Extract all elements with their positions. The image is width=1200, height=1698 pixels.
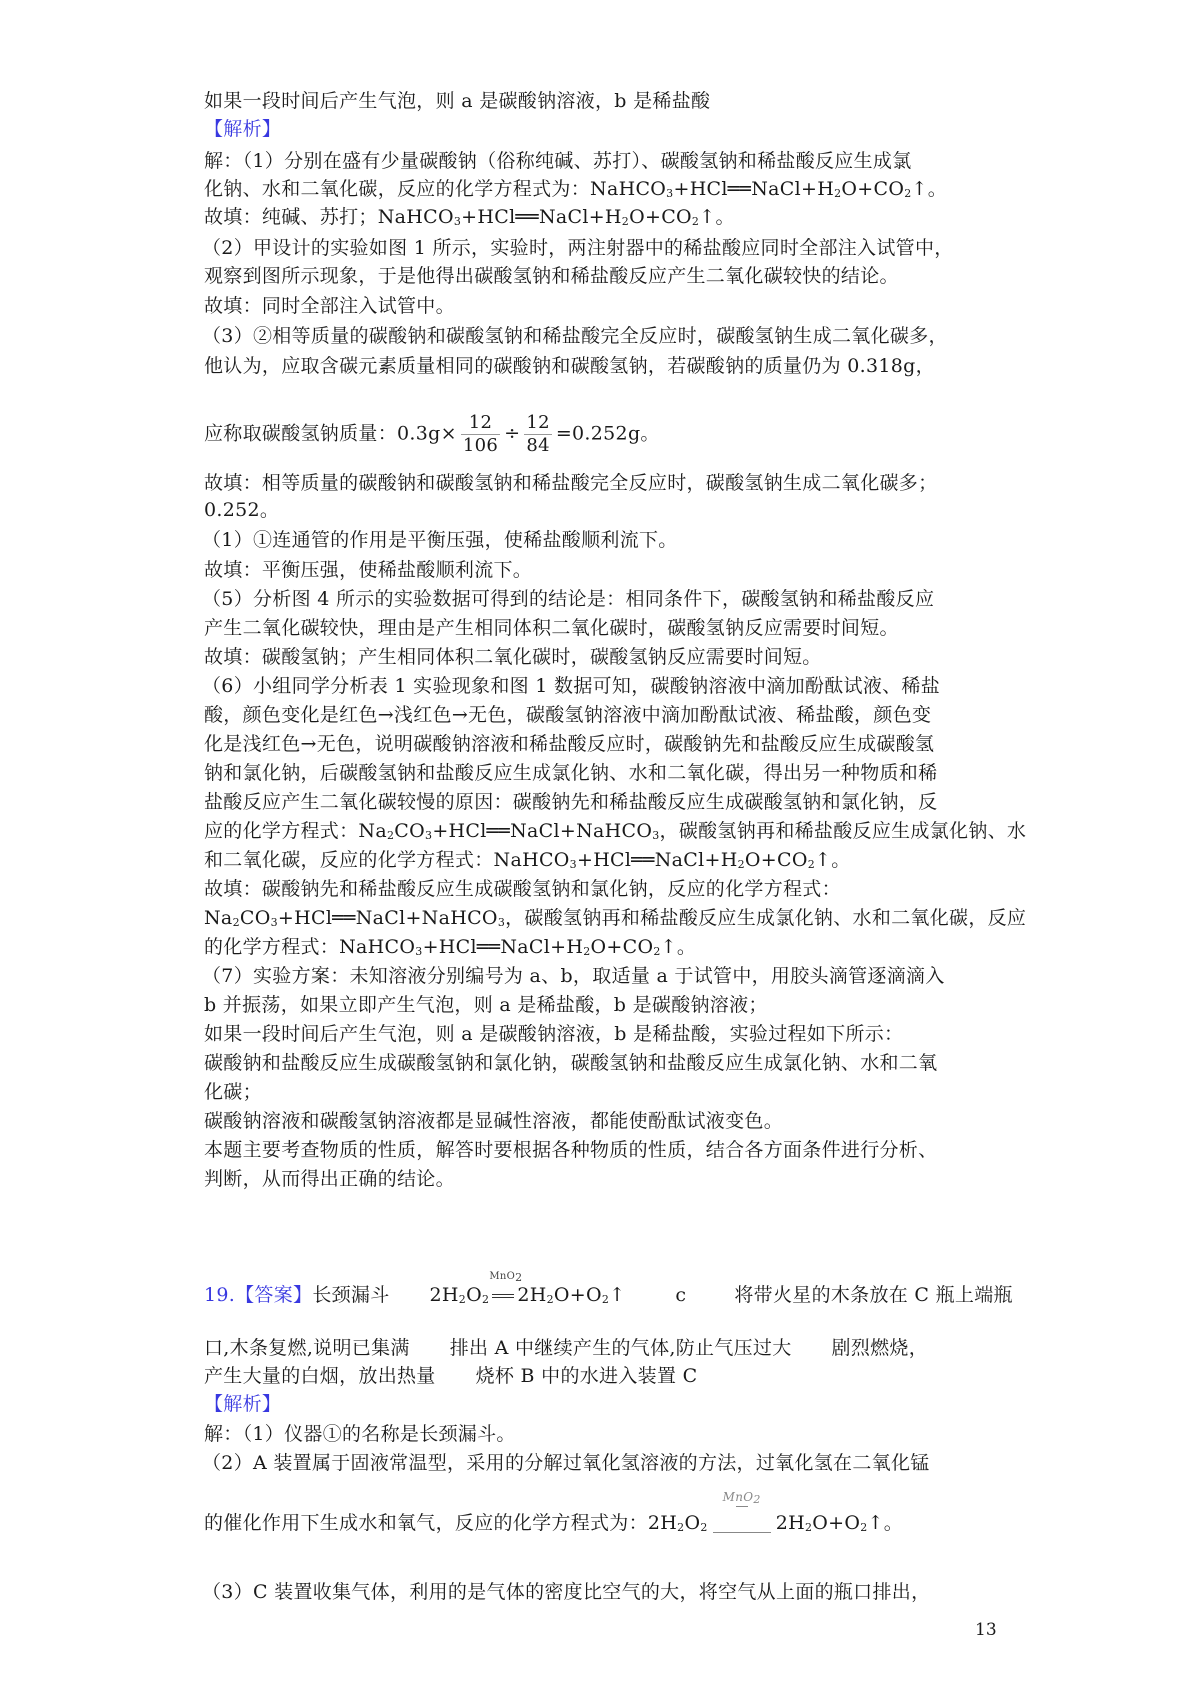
- text-line: 如果一段时间后产生气泡，则 a 是碳酸钠溶液，b 是稀盐酸，实验过程如下所示：: [204, 1021, 903, 1047]
- text-line: （7）实验方案：未知溶液分别编号为 a、b，取适量 a 于试管中，用胶头滴管逐滴…: [202, 963, 945, 989]
- analysis-label: 【解析】: [204, 1391, 281, 1417]
- q19-answer-line: 19.【答案】长颈漏斗2H2O2MnO22H2O+O2↑c将带火星的木条放在 C…: [204, 1282, 1013, 1313]
- catalyst-condition: MnO2: [712, 1510, 772, 1536]
- question-number: 19.: [204, 1284, 235, 1306]
- text-line: （3）C 装置收集气体，利用的是气体的密度比空气的大，将空气从上面的瓶口排出，: [202, 1579, 930, 1605]
- text-line: 故填：碳酸氢钠；产生相同体积二氧化碳时，碳酸氢钠反应需要时间短。: [204, 644, 822, 670]
- text-line: 故填：同时全部注入试管中。: [204, 293, 455, 319]
- text-line: 酸，颜色变化是红色→浅红色→无色，碳酸氢钠溶液中滴加酚酞试液、稀盐酸，颜色变: [204, 702, 931, 728]
- h2o2-equation: 2H2O2MnO22H2O+O2↑: [430, 1284, 626, 1306]
- fraction-calculation: 应称取碳酸氢钠质量：0.3g×12106÷1284=0.252g。: [204, 412, 660, 457]
- text-line: （3）②相等质量的碳酸钠和碳酸氢钠和稀盐酸完全反应时，碳酸氢钠生成二氧化碳多，: [202, 323, 948, 349]
- text-line-equation: 的催化作用下生成水和氧气，反应的化学方程式为：2H2O2MnO22H2O+O2↑…: [204, 1510, 903, 1541]
- fraction: 1284: [524, 412, 552, 457]
- analysis-label: 【解析】: [204, 116, 281, 142]
- text-line: 故填：相等质量的碳酸钠和碳酸氢钠和稀盐酸完全反应时，碳酸氢钠生成二氧化碳多；: [204, 470, 937, 496]
- text-line: 碳酸钠和盐酸反应生成碳酸氢钠和氯化钠，碳酸氢钠和盐酸反应生成氯化钠、水和二氧: [204, 1050, 937, 1076]
- text-line: 判断，从而得出正确的结论。: [204, 1166, 455, 1192]
- text-line: 观察到图所示现象，于是他得出碳酸氢钠和稀盐酸反应产生二氧化碳较快的结论。: [204, 263, 899, 289]
- text-line: （2）甲设计的实验如图 1 所示，实验时，两注射器中的稀盐酸应同时全部注入试管中…: [202, 235, 954, 261]
- text-line: 化是浅红色→无色，说明碳酸钠溶液和稀盐酸反应时，碳酸钠先和盐酸反应生成碳酸氢: [204, 731, 934, 757]
- text-line-equation: Na2CO3+HCl══NaCl+NaHCO3，碳酸氢钠再和稀盐酸反应生成氯化钠…: [204, 905, 1026, 936]
- text-line: （1）①连通管的作用是平衡压强，使稀盐酸顺利流下。: [202, 527, 678, 553]
- text-line: 解：（1）分别在盛有少量碳酸钠（俗称纯碱、苏打）、碳酸氢钠和稀盐酸反应生成氯: [204, 148, 912, 174]
- text-line: 0.252。: [204, 497, 279, 523]
- text-line: 故填：碳酸钠先和稀盐酸反应生成碳酸氢钠和氯化钠，反应的化学方程式：: [204, 876, 841, 902]
- text-line-equation: 故填：纯碱、苏打；NaHCO3+HCl══NaCl+H2O+CO2↑。: [204, 204, 735, 235]
- text-line: 产生大量的白烟，放出热量烧杯 B 中的水进入装置 C: [204, 1363, 697, 1389]
- page-number: 13: [975, 1620, 997, 1640]
- fraction: 12106: [461, 412, 500, 457]
- text-line: 化碳；: [204, 1079, 262, 1105]
- text-line: （2）A 装置属于固液常温型，采用的分解过氧化氢溶液的方法，过氧化氢在二氧化锰: [202, 1450, 930, 1476]
- text-line: 他认为，应取含碳元素质量相同的碳酸钠和碳酸氢钠，若碳酸钠的质量仍为 0.318g…: [204, 353, 935, 379]
- text-line: 产生二氧化碳较快，理由是产生相同体积二氧化碳时，碳酸氢钠反应需要时间短。: [204, 615, 899, 641]
- text-line-equation: 化钠、水和二氧化碳，反应的化学方程式为：NaHCO3+HCl══NaCl+H2O…: [204, 176, 947, 207]
- answer-label: 【答案】: [235, 1284, 312, 1306]
- text-line: 解：（1）仪器①的名称是长颈漏斗。: [204, 1421, 516, 1447]
- text-line-equation: 和二氧化碳，反应的化学方程式：NaHCO3+HCl══NaCl+H2O+CO2↑…: [204, 847, 851, 878]
- text-line-equation: 应的化学方程式：Na2CO3+HCl══NaCl+NaHCO3，碳酸氢钠再和稀盐…: [204, 818, 1026, 849]
- text-line: 本题主要考查物质的性质，解答时要根据各种物质的性质，结合各方面条件进行分析、: [204, 1137, 937, 1163]
- text-line-equation: 的化学方程式：NaHCO3+HCl══NaCl+H2O+CO2↑。: [204, 934, 696, 965]
- text-line: b 并振荡，如果立即产生气泡，则 a 是稀盐酸，b 是碳酸钠溶液；: [204, 992, 768, 1018]
- text-line: 如果一段时间后产生气泡，则 a 是碳酸钠溶液，b 是稀盐酸: [204, 88, 710, 114]
- catalyst-condition: MnO2: [489, 1282, 517, 1308]
- text-line: 故填：平衡压强，使稀盐酸顺利流下。: [204, 557, 532, 583]
- text-line: 钠和氯化钠，后碳酸氢钠和盐酸反应生成氯化钠、水和二氧化碳，得出另一种物质和稀: [204, 760, 937, 786]
- text-line: 盐酸反应产生二氧化碳较慢的原因：碳酸钠先和稀盐酸反应生成碳酸氢钠和氯化钠，反: [204, 789, 937, 815]
- text-line: （6）小组同学分析表 1 实验现象和图 1 数据可知，碳酸钠溶液中滴加酚酞试液、…: [202, 673, 940, 699]
- text-line: （5）分析图 4 所示的实验数据可得到的结论是：相同条件下，碳酸氢钠和稀盐酸反应: [202, 586, 934, 612]
- text-line: 口,木条复燃,说明已集满排出 A 中继续产生的气体,防止气压过大剧烈燃烧，: [204, 1335, 928, 1361]
- text-line: 碳酸钠溶液和碳酸氢钠溶液都是显碱性溶液，都能使酚酞试液变色。: [204, 1108, 783, 1134]
- document-page: 如果一段时间后产生气泡，则 a 是碳酸钠溶液，b 是稀盐酸 【解析】 解：（1）…: [0, 0, 1200, 1698]
